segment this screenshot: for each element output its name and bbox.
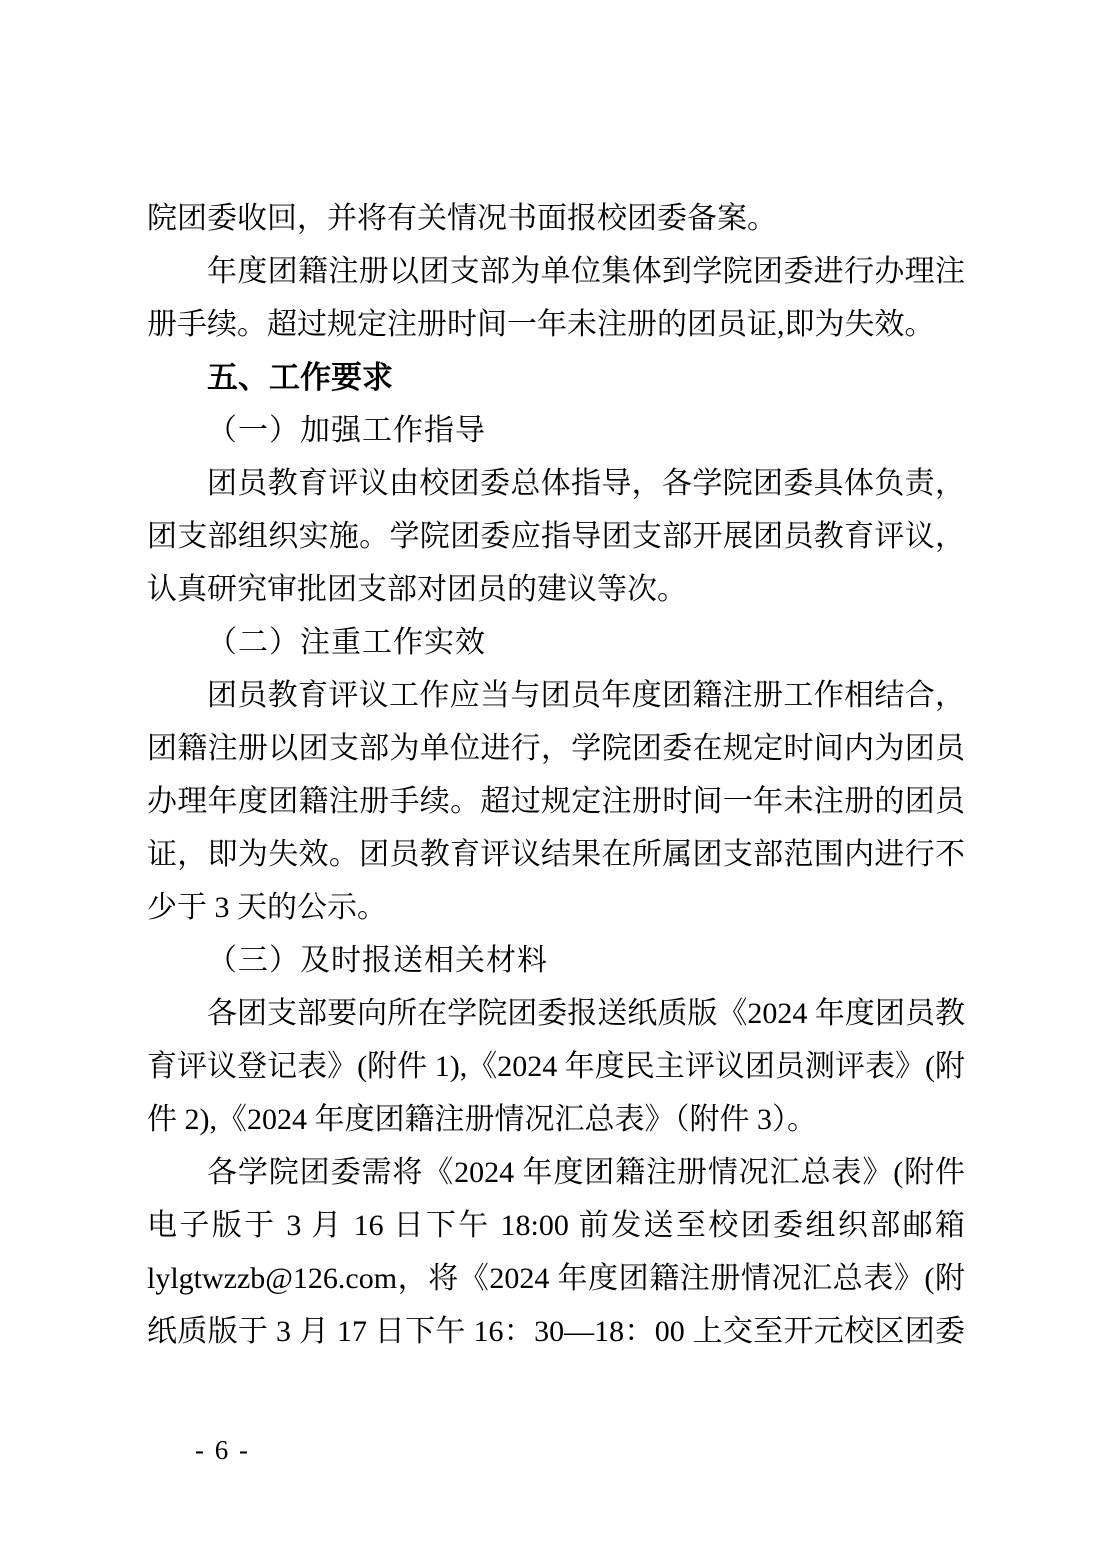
body-text-line: 团支部组织实施。学院团委应指导团支部开展团员教育评议， bbox=[147, 510, 965, 563]
document-page: 院团委收回，并将有关情况书面报校团委备案。年度团籍注册以团支部为单位集体到学院团… bbox=[0, 0, 1096, 1554]
body-text-line: lylgtwzzb@126.com，将《2024 年度团籍注册情况汇总表》(附件… bbox=[147, 1252, 965, 1305]
page-number: - 6 - bbox=[195, 1430, 250, 1470]
body-text-line: 育评议登记表》(附件 1),《2024 年度民主评议团员测评表》(附 bbox=[147, 1040, 965, 1093]
body-text-line: 各学院团委需将《2024 年度团籍注册情况汇总表》(附件 3) bbox=[147, 1146, 965, 1199]
subsection-heading: （二）注重工作实效 bbox=[147, 616, 965, 669]
body-text-line: 团籍注册以团支部为单位进行，学院团委在规定时间内为团员 bbox=[147, 722, 965, 775]
subsection-heading: （一）加强工作指导 bbox=[147, 404, 965, 457]
body-text-line: 电子版于 3 月 16 日下午 18:00 前发送至校团委组织部邮箱 bbox=[147, 1199, 965, 1252]
section-heading: 五、工作要求 bbox=[147, 351, 965, 404]
body-text-line: 纸质版于 3 月 17 日下午 16：30—18：00 上交至开元校区团委 bbox=[147, 1305, 965, 1358]
body-text-line: 册手续。超过规定注册时间一年未注册的团员证,即为失效。 bbox=[147, 298, 965, 351]
subsection-heading: （三）及时报送相关材料 bbox=[147, 934, 965, 987]
body-text-line: 团员教育评议由校团委总体指导，各学院团委具体负责， bbox=[147, 457, 965, 510]
body-text-line: 团员教育评议工作应当与团员年度团籍注册工作相结合， bbox=[147, 669, 965, 722]
body-text-line: 院团委收回，并将有关情况书面报校团委备案。 bbox=[147, 192, 965, 245]
body-text-line: 少于 3 天的公示。 bbox=[147, 881, 965, 934]
body-text-line: 年度团籍注册以团支部为单位集体到学院团委进行办理注 bbox=[147, 245, 965, 298]
body-text-line: 件 2),《2024 年度团籍注册情况汇总表》（附件 3）。 bbox=[147, 1093, 965, 1146]
body-text-line: 办理年度团籍注册手续。超过规定注册时间一年未注册的团员 bbox=[147, 775, 965, 828]
body-text-line: 证，即为失效。团员教育评议结果在所属团支部范围内进行不 bbox=[147, 828, 965, 881]
body-text-line: 认真研究审批团支部对团员的建议等次。 bbox=[147, 563, 965, 616]
document-body: 院团委收回，并将有关情况书面报校团委备案。年度团籍注册以团支部为单位集体到学院团… bbox=[147, 192, 965, 1358]
body-text-line: 各团支部要向所在学院团委报送纸质版《2024 年度团员教 bbox=[147, 987, 965, 1040]
